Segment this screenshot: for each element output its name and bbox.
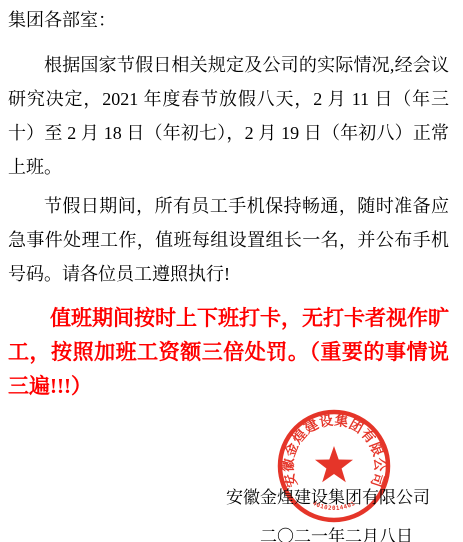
signature-date: 二〇二一年二月八日 <box>8 526 449 542</box>
seal-star-icon <box>315 446 353 482</box>
signature-company-name: 安徽金煌建设集团有限公司 <box>8 487 449 509</box>
paragraph-warning-emphasis: 值班期间按时上下班打卡，无打卡者视作旷工，按照加班工资额三倍处罚。（重要的事情说… <box>8 301 449 403</box>
seal-arc-company-text-holder: 安徽金煌建设集团有限公司 <box>280 412 388 490</box>
paragraph-duty-requirements: 节假日期间，所有员工手机保持畅通，随时准备应急事件处理工作，值班每组设置组长一名… <box>8 189 449 291</box>
signature-block: 安徽金煌建设集团有限公司 二〇二一年二月八日 <box>8 487 449 542</box>
seal-arc-company-text: 安徽金煌建设集团有限公司 <box>280 412 388 490</box>
salutation-line: 集团各部室： <box>8 6 449 34</box>
notice-document: 集团各部室： 根据国家节假日相关规定及公司的实际情况,经会议研究决定，2021 … <box>0 0 463 542</box>
salutation-text: 集团各部室： <box>8 10 116 30</box>
paragraph-holiday-schedule: 根据国家节假日相关规定及公司的实际情况,经会议研究决定，2021 年度春节放假八… <box>8 48 449 184</box>
